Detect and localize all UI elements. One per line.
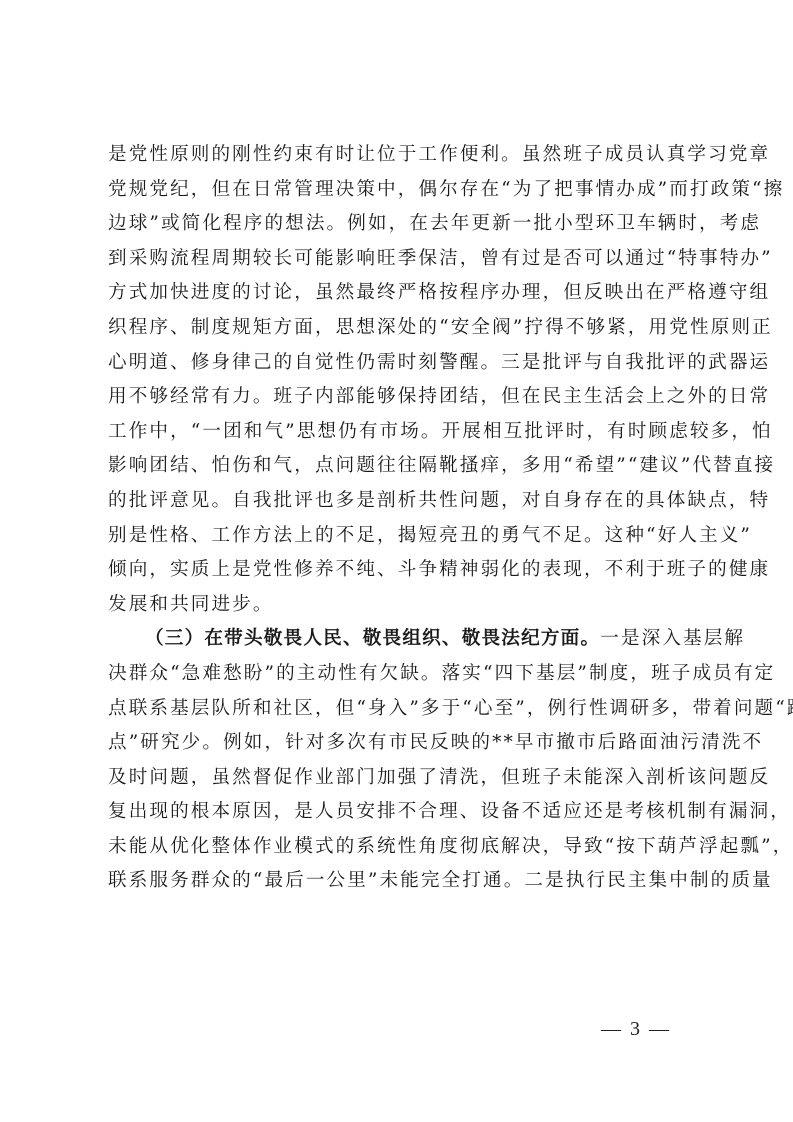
text-line: 用不够经常有力。班子内部能够保持团结，但在民主生活会上之外的日常 xyxy=(108,380,692,415)
text-span: 一是深入基层解 xyxy=(600,628,745,649)
text-line: 边球”或简化程序的想法。例如，在去年更新一批小型环卫车辆时，考虑 xyxy=(108,207,692,242)
section-heading-line: （三）在带头敬畏人民、敬畏组织、敬畏法纪方面。一是深入基层解 xyxy=(108,622,692,657)
text-line: 织程序、制度规矩方面，思想深处的“安全阀”拧得不够紧，用党性原则正 xyxy=(108,311,692,346)
text-line: 倾向，实质上是党性修养不纯、斗争精神弱化的表现，不利于班子的健康 xyxy=(108,553,692,588)
text-line: 联系服务群众的“最后一公里”未能完全打通。二是执行民主集中制的质量 xyxy=(108,864,692,899)
text-line: 点联系基层队所和社区，但“身入”多于“心至”，例行性调研多，带着问题“蹲 xyxy=(108,692,692,727)
document-body: 是党性原则的刚性约束有时让位于工作便利。虽然班子成员认真学习党章 党规党纪，但在… xyxy=(108,138,692,899)
text-line: 及时问题，虽然督促作业部门加强了清洗，但班子未能深入剖析该问题反 xyxy=(108,761,692,796)
text-line: 影响团结、怕伤和气，点问题往往隔靴搔痒，多用“希望”“建议”代替直接 xyxy=(108,449,692,484)
text-line: 心明道、修身律己的自觉性仍需时刻警醒。三是批评与自我批评的武器运 xyxy=(108,346,692,381)
text-line: 别是性格、工作方法上的不足，揭短亮丑的勇气不足。这种“好人主义” xyxy=(108,519,692,554)
text-line: 方式加快进度的讨论，虽然最终严格按程序办理，但反映出在严格遵守组 xyxy=(108,276,692,311)
text-line: 党规党纪，但在日常管理决策中，偶尔存在“为了把事情办成”而打政策“擦 xyxy=(108,173,692,208)
text-line: 工作中，“一团和气”思想仍有市场。开展相互批评时，有时顾虑较多，怕 xyxy=(108,415,692,450)
section-heading: （三）在带头敬畏人民、敬畏组织、敬畏法纪方面。 xyxy=(145,628,600,649)
text-line: 复出现的根本原因，是人员安排不合理、设备不适应还是考核机制有漏洞， xyxy=(108,795,692,830)
text-line: 未能从优化整体作业模式的系统性角度彻底解决，导致“按下葫芦浮起瓢”， xyxy=(108,830,692,865)
text-line: 到采购流程周期较长可能影响旺季保洁，曾有过是否可以通过“特事特办” xyxy=(108,242,692,277)
text-line: 是党性原则的刚性约束有时让位于工作便利。虽然班子成员认真学习党章 xyxy=(108,138,692,173)
document-page: 是党性原则的刚性约束有时让位于工作便利。虽然班子成员认真学习党章 党规党纪，但在… xyxy=(0,0,793,1122)
text-line: 决群众“急难愁盼”的主动性有欠缺。落实“四下基层”制度，班子成员有定 xyxy=(108,657,692,692)
text-line: 发展和共同进步。 xyxy=(108,588,692,623)
text-line: 点”研究少。例如，针对多次有市民反映的**早市撤市后路面油污清洗不 xyxy=(108,726,692,761)
text-line: 的批评意见。自我批评也多是剖析共性问题，对自身存在的具体缺点，特 xyxy=(108,484,692,519)
page-number: — 3 — xyxy=(596,1018,676,1041)
